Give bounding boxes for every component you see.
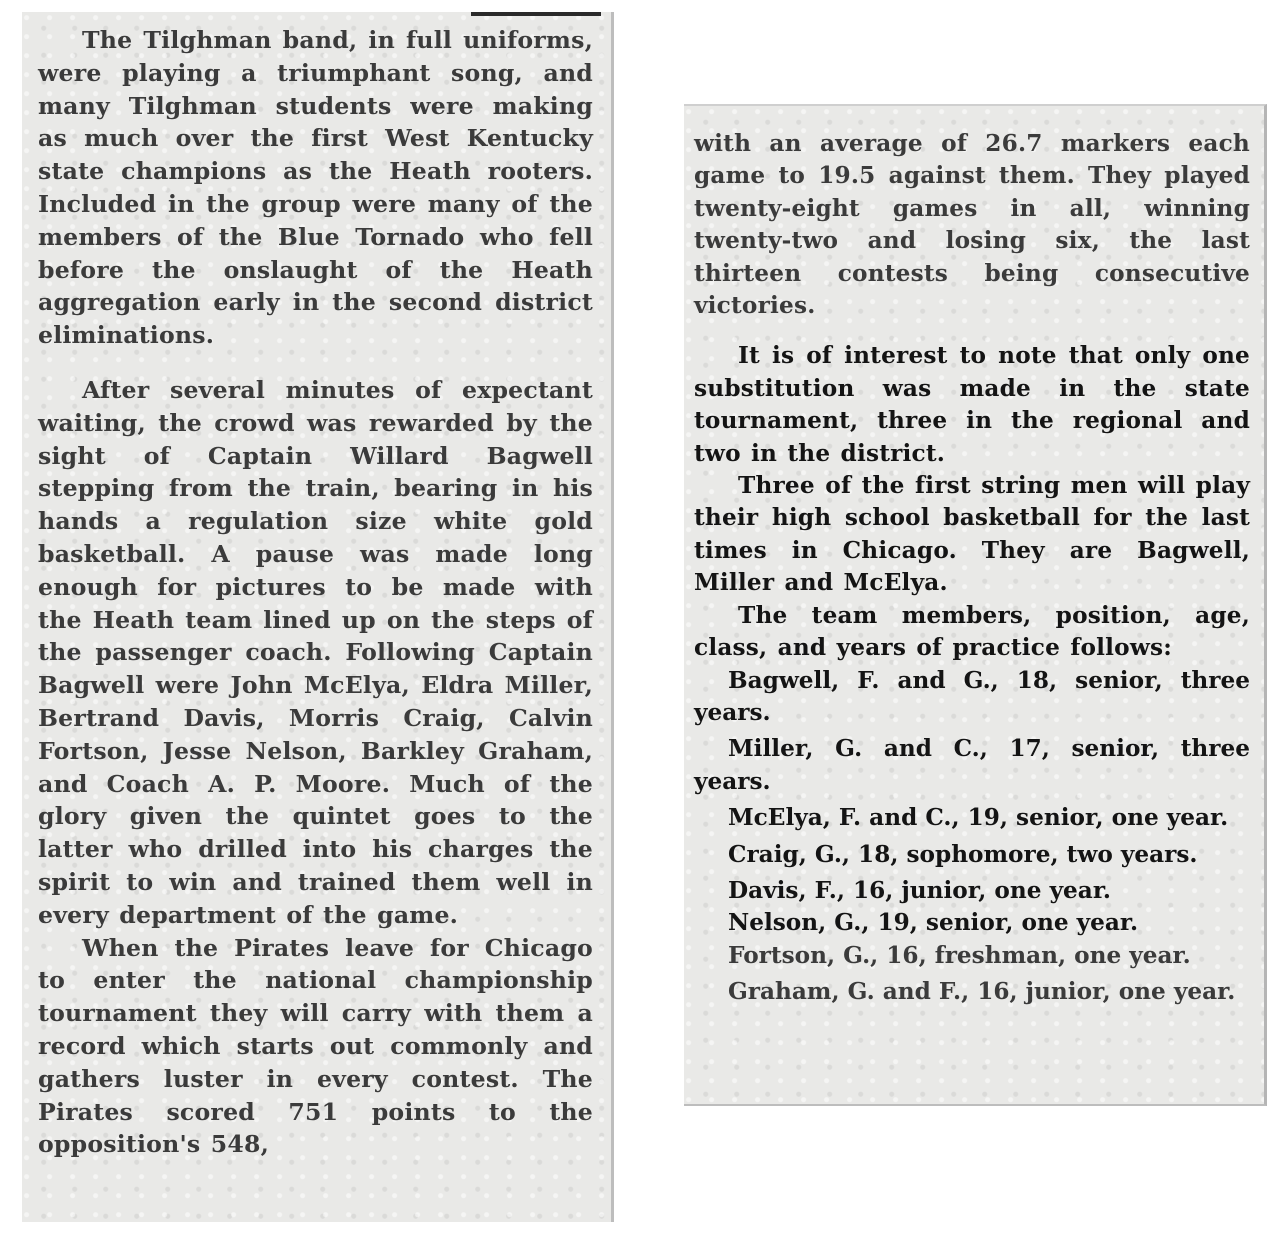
paragraph-season-record: When the Pirates leave for Chicago to en… [38, 932, 593, 1162]
roster-entry: Fortson, G., 16, freshman, one year. [694, 940, 1250, 972]
roster-entry: Nelson, G., 19, senior, one year. [694, 907, 1250, 939]
paragraph-captain-arrival: After several minutes of expectant waiti… [38, 374, 593, 932]
paragraph-substitutions: It is of interest to note that only one … [694, 340, 1250, 470]
paragraph-band-and-rooters: The Tilghman band, in full uniforms, wer… [38, 24, 593, 352]
paragraph-last-games: Three of the first string men will play … [694, 470, 1250, 600]
roster-entry: Davis, F., 16, junior, one year. [694, 875, 1250, 907]
newspaper-clipping-right: with an average of 26.7 markers each gam… [684, 104, 1267, 1106]
roster-entry: Bagwell, F. and G., 18, senior, three ye… [694, 665, 1250, 730]
roster-entry: Graham, G. and F., 16, junior, one year. [694, 976, 1250, 1008]
team-roster-list: Bagwell, F. and G., 18, senior, three ye… [694, 665, 1250, 1009]
roster-entry: Craig, G., 18, sophomore, two years. [694, 839, 1250, 871]
paragraph-roster-intro: The team members, position, age, class, … [694, 600, 1250, 665]
roster-entry: McElya, F. and C., 19, senior, one year. [694, 802, 1250, 834]
roster-entry: Miller, G. and C., 17, senior, three yea… [694, 733, 1250, 798]
paragraph-scoring-average: with an average of 26.7 markers each gam… [694, 128, 1250, 322]
newspaper-clipping-left: The Tilghman band, in full uniforms, wer… [22, 12, 614, 1222]
